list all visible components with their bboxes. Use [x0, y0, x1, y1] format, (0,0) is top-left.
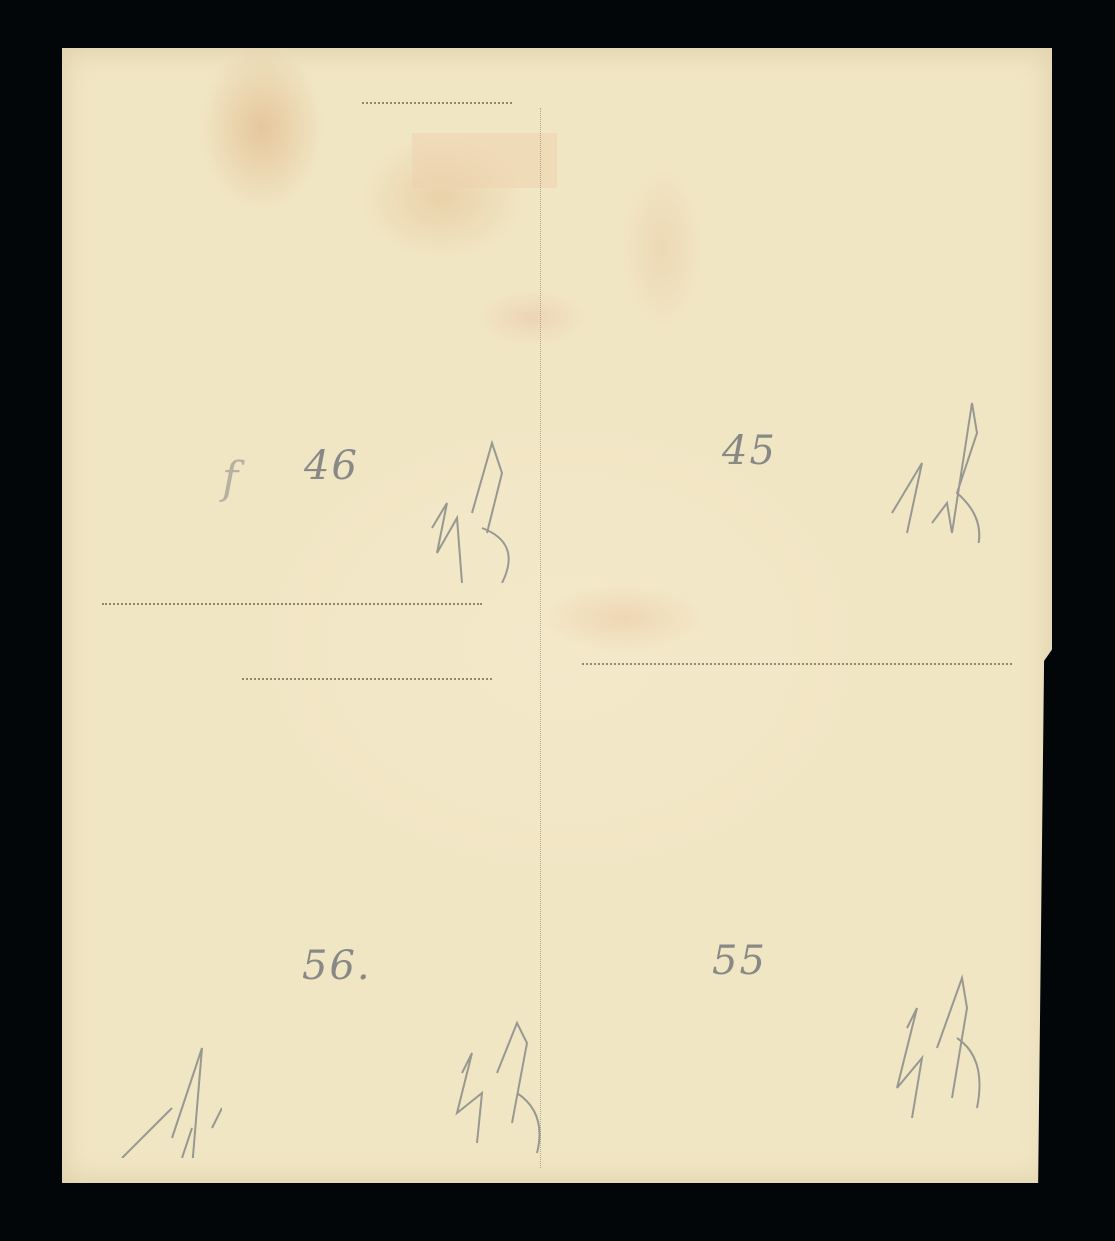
pencil-number-top-left: 46 [304, 443, 359, 489]
pencil-mark-top-left-prefix: f [222, 453, 240, 504]
pencil-signature-top-right [872, 393, 982, 543]
show-through-mid-right [582, 663, 1012, 665]
stamp-block-reverse: 46 f 45 56. 55 [62, 48, 1052, 1183]
pencil-signature-bottom-left-extra [112, 1008, 222, 1158]
show-through-mid-left-2 [242, 678, 492, 680]
pencil-signature-bottom-right [882, 968, 992, 1118]
pencil-signature-top-left [412, 433, 522, 583]
pencil-number-bottom-left: 56. [302, 943, 372, 989]
show-through-mid-left [102, 603, 482, 605]
pencil-signature-bottom-left [442, 1003, 552, 1153]
hinge-remnant [412, 133, 557, 188]
pencil-number-top-right: 45 [722, 428, 777, 474]
pencil-number-bottom-right: 55 [712, 938, 767, 984]
show-through-top [362, 102, 512, 104]
